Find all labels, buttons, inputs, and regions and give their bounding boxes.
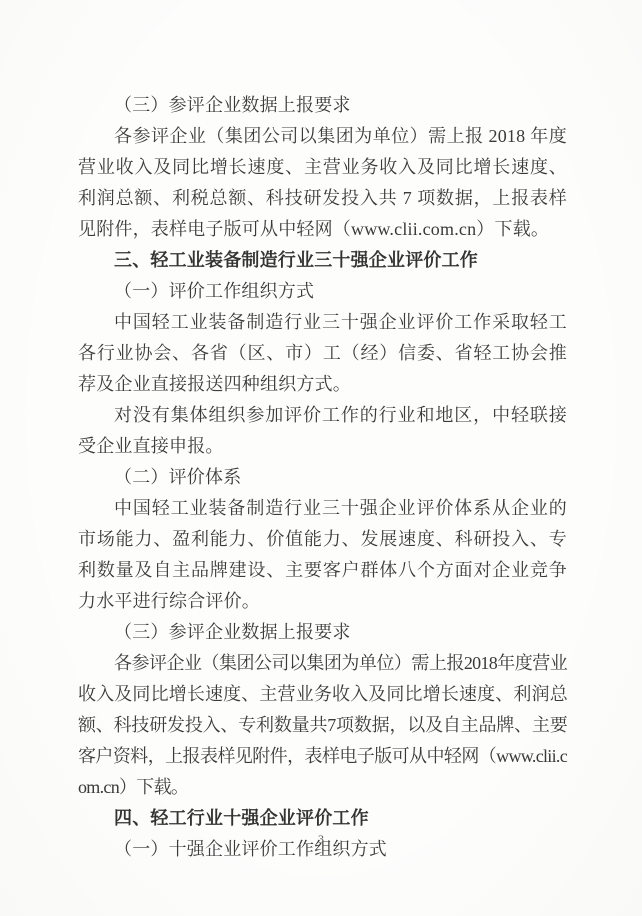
body-paragraph: 对没有集体组织参加评价工作的行业和地区，中轻联接受企业直接申报。 [78,400,567,462]
body-paragraph: 各参评企业（集团公司以集团为单位）需上报2018年度营业收入及同比增长速度、主营… [78,648,567,803]
body-paragraph: 中国轻工业装备制造行业三十强企业评价体系从企业的市场能力、盈利能力、价值能力、发… [78,493,567,617]
section-heading-minor: （三）参评企业数据上报要求 [78,90,567,121]
body-paragraph: 中国轻工业装备制造行业三十强企业评价工作采取轻工各行业协会、各省（区、市）工（经… [78,307,567,400]
section-heading-minor: （三）参评企业数据上报要求 [78,617,567,648]
page-number: 3 [0,830,642,848]
document-content: （三）参评企业数据上报要求各参评企业（集团公司以集团为单位）需上报 2018 年… [78,90,567,865]
section-heading-minor: （二）评价体系 [78,462,567,493]
body-paragraph: 各参评企业（集团公司以集团为单位）需上报 2018 年度营业收入及同比增长速度、… [78,121,567,245]
section-heading-minor: （一）评价工作组织方式 [78,276,567,307]
scanned-document-page: （三）参评企业数据上报要求各参评企业（集团公司以集团为单位）需上报 2018 年… [0,0,642,916]
section-heading-major: 三、轻工业装备制造行业三十强企业评价工作 [78,245,567,276]
